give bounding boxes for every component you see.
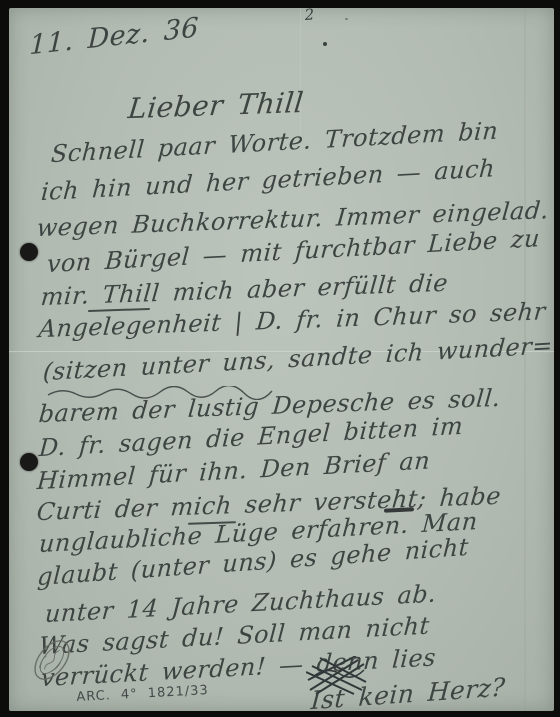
scanned-letter-page: { "page": { "number": "2" }, "letter": {… [0, 0, 560, 717]
hole-punch-bottom [20, 453, 38, 471]
scribble-strikeout [306, 656, 368, 696]
ink-speck [345, 18, 348, 20]
hole-punch-top [20, 243, 38, 261]
letter-salutation: Lieber Thill [127, 86, 306, 125]
wavy-underline [46, 386, 276, 400]
page-number: 2 [304, 5, 315, 24]
ink-speck [323, 42, 327, 46]
library-stamp-icon [26, 634, 78, 686]
